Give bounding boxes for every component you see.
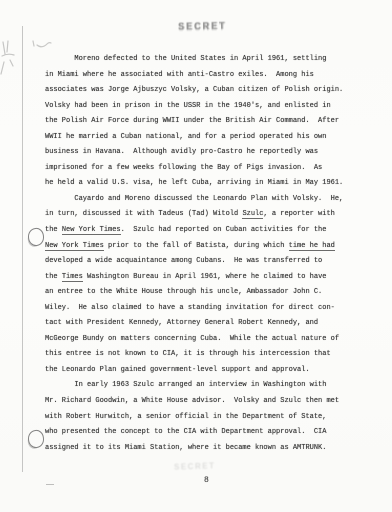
pencil-check-mark xyxy=(31,37,53,51)
footer-stamp-remnant: SECRET xyxy=(174,461,216,471)
text-line: the Polish Air Force during WWII under t… xyxy=(45,114,381,130)
text-line: this entree is not known to CIA, it is t… xyxy=(45,347,381,363)
text-line: the New York Times. Szulc had reported o… xyxy=(45,223,381,239)
text-line: Wiley. He also claimed to have a standin… xyxy=(45,301,381,317)
text-line: WWII he married a Cuban national, and fo… xyxy=(45,130,381,146)
text-line: developed a wide acquaintance among Cuba… xyxy=(45,254,381,270)
text-line: the Leonardo Plan gained government-leve… xyxy=(45,363,381,379)
classification-stamp: SECRET xyxy=(178,20,227,32)
text-line: in Miami where he associated with anti-C… xyxy=(45,68,381,84)
text-line: he held a valid U.S. visa, he left Cuba,… xyxy=(45,176,381,192)
pencil-dash-mark xyxy=(46,484,54,485)
text-line: Cayardo and Moreno discussed the Leonard… xyxy=(45,192,381,208)
text-line: business in Havana. Although avidly pro-… xyxy=(45,145,381,161)
text-line: In early 1963 Szulc arranged an intervie… xyxy=(45,378,381,394)
text-line: the Times Washington Bureau in April 196… xyxy=(45,270,381,286)
binding-edge-line xyxy=(22,26,23,472)
page-number: 8 xyxy=(204,476,209,485)
margin-circle-annotation xyxy=(27,227,45,247)
text-line: in turn, discussed it with Tadeus (Tad) … xyxy=(45,207,381,223)
document-body: Moreno defected to the United States in … xyxy=(45,52,381,456)
text-line: associates was Jorge Ajbuszyc Volsky, a … xyxy=(45,83,381,99)
text-line: Volsky had been in prison in the USSR in… xyxy=(45,99,381,115)
text-line: New York Times prior to the fall of Bati… xyxy=(45,239,381,255)
text-line: Mr. Richard Goodwin, a White House advis… xyxy=(45,394,381,410)
text-line: with Robert Hurwitch, a senior official … xyxy=(45,410,381,426)
text-line: who presented the concept to the CIA wit… xyxy=(45,425,381,441)
text-line: an entree to the White House through his… xyxy=(45,285,381,301)
scanned-document-page: SECRET Moreno defected to the United Sta… xyxy=(0,0,392,512)
margin-circle-annotation xyxy=(27,429,45,449)
text-line: McGeorge Bundy on matters concerning Cub… xyxy=(45,332,381,348)
text-line: imprisoned for a few weeks following the… xyxy=(45,161,381,177)
pencil-scribble xyxy=(0,36,22,78)
text-line: Moreno defected to the United States in … xyxy=(45,52,381,68)
text-line: assigned it to its Miami Station, where … xyxy=(45,441,381,457)
text-line: tact with President Kennedy, Attorney Ge… xyxy=(45,316,381,332)
